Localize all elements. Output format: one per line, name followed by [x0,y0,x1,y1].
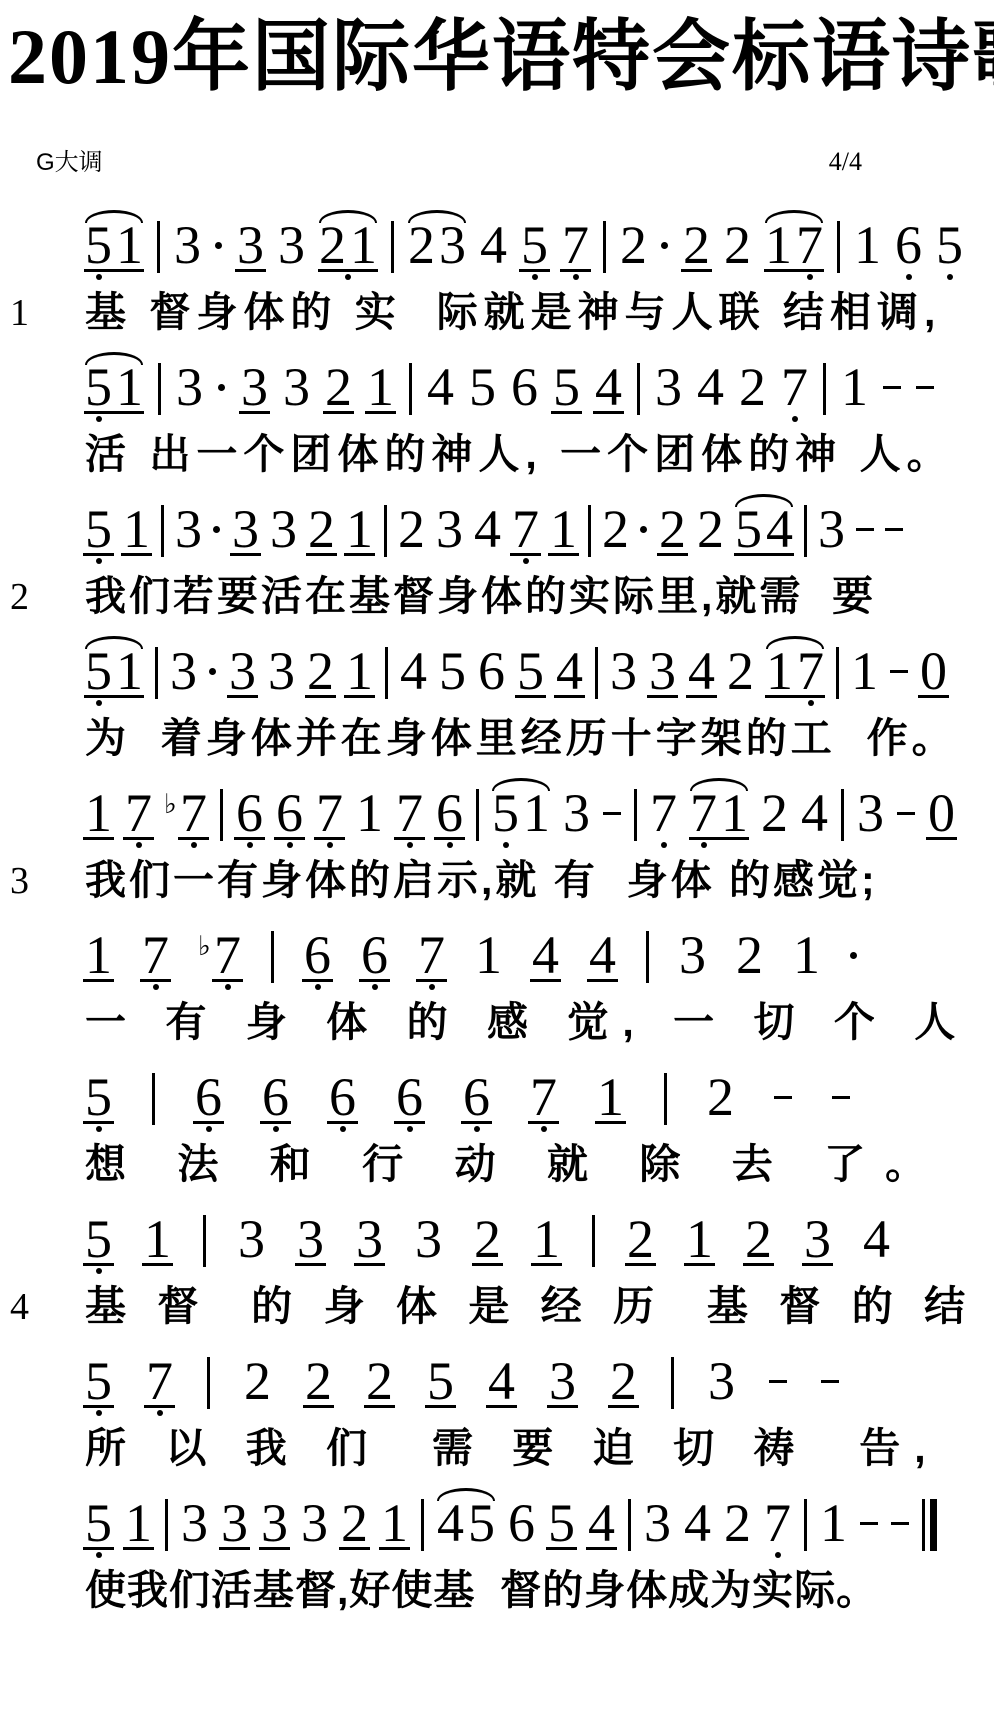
note-number: 0 [920,651,947,691]
note: 1 [367,367,394,407]
lyric-line-2: 活 出一个团体的神人, 一个团体的神 人。 [0,425,994,485]
note-number: 6 [262,1077,289,1117]
note-number: 1 [367,367,394,407]
note: 3 [610,651,637,691]
note: 3 [857,793,884,833]
note-number: 3 [644,1503,671,1543]
note: 3 [238,1219,265,1259]
eighth-underline [219,1547,250,1550]
note: 2 [474,1219,501,1259]
lyric-line-5: 3我们一有身体的启示,就 有 身体 的感觉; [0,851,994,911]
note: 1 [766,651,793,691]
low-octave-dot [157,1410,163,1416]
note-number: 3 [170,651,197,691]
note-number: 2 [724,225,751,265]
note: 1 [597,1077,624,1117]
note-number: 3 [176,367,203,407]
low-octave-dot [96,1268,102,1274]
note: 1 [841,367,868,407]
note-number: 2 [745,1219,772,1259]
note-number: 2 [602,509,629,549]
barline [391,221,394,273]
note: 7 [125,793,152,833]
note: 6 [276,793,303,833]
note-number: 2 [761,793,788,833]
note-number: 5 [548,1503,575,1543]
note: 4 [697,367,724,407]
beam-underline [84,695,144,698]
hymn-sheet-page: 2019年国际华语特会标语诗歌 G大调 4/4 5133321234572221… [0,0,994,1713]
note: 7 [781,367,808,407]
note-number: 3 [181,1503,208,1543]
duration-dash [821,1361,839,1401]
note-number: 1 [346,651,373,691]
duration-dash [891,1503,909,1543]
eighth-underline [394,837,425,840]
low-octave-dot [247,842,253,848]
note: 4 [688,651,715,691]
eighth-underline [926,837,957,840]
note: 5 [492,793,519,833]
note-number: 1 [125,1503,152,1543]
eighth-underline [593,411,624,414]
barline [421,1499,424,1551]
eighth-underline [461,1121,492,1124]
note-number: 0 [928,793,955,833]
note-number: 7 [396,793,423,833]
eighth-underline [510,553,541,556]
low-octave-dot [807,274,813,280]
note: 5 [521,225,548,265]
eighth-underline [486,1405,517,1408]
note: 2 [307,651,334,691]
low-octave-dot [407,1126,413,1132]
note: 7 [797,651,824,691]
note-number: 4 [688,651,715,691]
note: 2 [244,1361,271,1401]
note: ♭7 [214,935,241,975]
note-number: 7 [214,935,241,975]
low-octave-dot [906,274,912,280]
note: 6 [463,1077,490,1117]
note: 2 [724,1503,751,1543]
note: 1 [125,1503,152,1543]
note: 3 [170,651,197,691]
note-number: 6 [508,1503,535,1543]
note: 6 [508,1503,535,1543]
note-number: 7 [650,793,677,833]
barline [841,789,844,841]
note: 5 [469,367,496,407]
note-number: 7 [418,935,445,975]
note-number: 1 [144,1219,171,1259]
note-number: 5 [468,1503,495,1543]
low-octave-dot [191,842,197,848]
note-number: 1 [851,651,878,691]
note-number: 5 [85,1219,112,1259]
note-number: 4 [488,1361,515,1401]
note-number: 4 [474,509,501,549]
eighth-underline [123,837,154,840]
low-octave-dot [808,700,814,706]
music-line-6: 17♭7667144321 [0,913,994,993]
eighth-underline [140,979,171,982]
duration-dash [883,367,901,407]
note: 6 [511,367,538,407]
low-octave-dot [96,1126,102,1132]
eighth-underline [235,269,266,272]
eighth-underline [123,1547,154,1550]
score: 513332123457222171651基 督身体的 实 际就是神与人联 结相… [0,177,994,1621]
note-number: 2 [620,225,647,265]
note: 3 [644,1503,671,1543]
note: 4 [863,1219,890,1259]
note-number: 5 [553,367,580,407]
eighth-underline [274,837,305,840]
eighth-underline [379,1547,410,1550]
note-number: 2 [244,1361,271,1401]
duration-dash [603,793,621,833]
eighth-underline [684,1263,715,1266]
note-number: 6 [361,935,388,975]
low-octave-dot [136,842,142,848]
note-number: 5 [85,651,112,691]
note-number: 2 [739,367,766,407]
eighth-underline [178,837,209,840]
lyric-text: 为 着身体并在身体里经历十字架的工 作。 [85,718,957,759]
verse-number: 4 [10,1285,29,1329]
note-number: 4 [684,1503,711,1543]
note: 7 [796,225,823,265]
note-number: 7 [180,793,207,833]
augmentation-dot [215,225,223,265]
note-number: 4 [400,651,427,691]
note: 2 [697,509,724,549]
barline [603,221,606,273]
slur-group: 71 [690,793,748,833]
barline [157,221,160,273]
low-octave-dot [96,558,102,564]
note: 5 [85,367,112,407]
verse-number: 3 [10,859,29,903]
note: 3 [229,651,256,691]
note-number: 1 [116,367,143,407]
eighth-underline [144,1405,175,1408]
note-number: 1 [356,793,383,833]
slur-group: 54 [735,509,793,549]
note: 1 [820,1503,847,1543]
note: 3 [175,509,202,549]
eighth-underline [339,1547,370,1550]
note-number: 5 [521,225,548,265]
note: 3 [268,651,295,691]
note-number: 4 [697,367,724,407]
eighth-underline [354,1263,385,1266]
beam-underline [734,553,794,556]
note-number: 3 [270,509,297,549]
note-number: 2 [305,1361,332,1401]
page-title: 2019年国际华语特会标语诗歌 [0,12,994,102]
lyric-text: 所 以 我 们 需 要 迫 切 祷 告, [85,1428,940,1469]
eighth-underline [239,411,270,414]
note: 5 [85,509,112,549]
note-number: 7 [764,1503,791,1543]
note: 5 [548,1503,575,1543]
eighth-underline [554,695,585,698]
note: 4 [589,935,616,975]
note: 5 [85,1361,112,1401]
eighth-underline [548,553,579,556]
note: 4 [488,1361,515,1401]
note: 7 [396,793,423,833]
slur-group: 45 [437,1503,495,1543]
note: 2 [305,1361,332,1401]
note-number: 3 [278,225,305,265]
eighth-underline [560,269,591,272]
note-number: 3 [610,651,637,691]
low-octave-dot [407,842,413,848]
note: 6 [361,935,388,975]
eighth-underline [344,553,375,556]
music-line-4: 51333214565433421710 [0,629,994,709]
lyric-text: 想 法 和 行 动 就 除 去 了。 [85,1144,946,1185]
duration-dash [832,1077,850,1117]
low-octave-dot [225,984,231,990]
duration-dash [774,1077,792,1117]
note-number: 5 [85,1503,112,1543]
barline [804,505,807,557]
note: 3 [679,935,706,975]
beam-underline [689,837,749,840]
low-octave-dot [345,274,351,280]
barline [634,789,637,841]
note: 6 [236,793,263,833]
lyric-text: 我们若要活在基督身体的实际里,就需 要 [85,576,876,617]
note-number: 1 [820,1503,847,1543]
eighth-underline [302,979,333,982]
barline [158,363,161,415]
note-number: 1 [116,225,143,265]
note-number: 5 [735,509,762,549]
note: 1 [550,509,577,549]
note-number: 4 [863,1219,890,1259]
note: 1 [144,1219,171,1259]
note: 6 [262,1077,289,1117]
note: 1 [116,367,143,407]
note-number: 3 [804,1219,831,1259]
note: 1 [123,509,150,549]
lyric-text: 我们一有身体的启示,就 有 身体 的感觉; [85,860,878,901]
eighth-underline [686,695,717,698]
eighth-underline [364,1405,395,1408]
note-number: 3 [415,1219,442,1259]
note: 3 [708,1361,735,1401]
note-number: 2 [341,1503,368,1543]
note-number: 3 [232,509,259,549]
note-number: 7 [142,935,169,975]
note-number: 7 [781,367,808,407]
eighth-underline [802,1263,833,1266]
eighth-underline [681,269,712,272]
eighth-underline [327,1121,358,1124]
note-number: 6 [304,935,331,975]
note-number: 2 [736,935,763,975]
note: 3 [181,1503,208,1543]
note-number: 1 [550,509,577,549]
note-number: 2 [724,1503,751,1543]
note-number: 2 [307,651,334,691]
note: 5 [85,651,112,691]
augmentation-dot [218,367,226,407]
note: 2 [610,1361,637,1401]
eighth-underline [551,411,582,414]
eighth-underline [314,837,345,840]
note: 2 [408,225,435,265]
note-number: 7 [562,225,589,265]
note: 6 [329,1077,356,1117]
note-number: 1 [123,509,150,549]
low-octave-dot [287,842,293,848]
lyric-text: 一 有 身 体 的 感 觉, 一 切 个 人 的 [85,1002,994,1043]
slur-group: 51 [85,225,143,265]
note: 3 [818,509,845,549]
note: 2 [319,225,346,265]
note: 5 [439,651,466,691]
eighth-underline [365,411,396,414]
eighth-underline [83,837,114,840]
eighth-underline [472,1263,503,1266]
note: 3 [549,1361,576,1401]
note-number: 2 [308,509,335,549]
note: 2 [325,367,352,407]
note: 5 [735,509,762,549]
barline [588,505,591,557]
note: 1 [116,651,143,691]
note-number: 3 [221,1503,248,1543]
note-number: 2 [659,509,686,549]
eighth-underline [227,695,258,698]
eighth-underline [83,1263,114,1266]
note: 2 [659,509,686,549]
note: 4 [474,509,501,549]
barline [671,1357,674,1409]
note: 2 [341,1503,368,1543]
note-number: 3 [268,651,295,691]
note: 3 [649,651,676,691]
note-number: 6 [463,1077,490,1117]
note: 4 [766,509,793,549]
barline [476,789,479,841]
note-number: 7 [316,793,343,833]
note: 3 [301,1503,328,1543]
note-number: 6 [511,367,538,407]
slur-group: 17 [765,225,823,265]
note-number: 7 [512,509,539,549]
note: 1 [346,509,373,549]
eighth-underline [657,553,688,556]
note-number: 2 [707,1077,734,1117]
note-number: 7 [797,651,824,691]
note-number: 4 [588,1503,615,1543]
augmentation-dot [640,509,648,549]
note: 3 [278,225,305,265]
note-number: 3 [563,793,590,833]
note-number: 3 [655,367,682,407]
note-number: 4 [437,1503,464,1543]
note: 5 [85,1503,112,1543]
note: 0 [920,651,947,691]
note-number: 6 [895,225,922,265]
note: 4 [400,651,427,691]
note-number: 1 [766,651,793,691]
eighth-underline [83,1121,114,1124]
note: 7 [764,1503,791,1543]
eighth-underline [531,1263,562,1266]
note: 4 [588,1503,615,1543]
beam-underline [318,269,378,272]
duration-dash [860,1503,878,1543]
note-number: 1 [854,225,881,265]
note: 2 [724,225,751,265]
duration-dash [856,509,874,549]
note: 5 [85,1219,112,1259]
eighth-underline [434,837,465,840]
note: 2 [366,1361,393,1401]
eighth-underline [323,411,354,414]
note-number: 5 [427,1361,454,1401]
low-octave-dot [315,984,321,990]
low-octave-dot [947,274,953,280]
flat-icon: ♭ [198,933,211,960]
eighth-underline [918,695,949,698]
note: 1 [765,225,792,265]
note-number: 2 [610,1361,637,1401]
note-number: 6 [436,793,463,833]
note: 3 [297,1219,324,1259]
note-number: 7 [690,793,717,833]
note: 5 [427,1361,454,1401]
low-octave-dot [96,700,102,706]
note-number: 3 [649,651,676,691]
note: 3 [436,509,463,549]
note-number: 6 [478,651,505,691]
note-number: 3 [261,1503,288,1543]
lyric-text: 活 出一个团体的神人, 一个团体的神 人。 [85,434,954,475]
note-number: 5 [492,793,519,833]
eighth-underline [625,1263,656,1266]
note-number: 2 [408,225,435,265]
note: 3 [655,367,682,407]
note-number: 3 [174,225,201,265]
note-number: 3 [297,1219,324,1259]
note-number: 3 [439,225,466,265]
note-number: 1 [841,367,868,407]
time-signature: 4/4 [829,147,862,177]
eighth-underline [193,1121,224,1124]
music-line-3: 513332123471222543 [0,487,994,567]
note-number: 5 [517,651,544,691]
note-number: 3 [436,509,463,549]
note: 7 [316,793,343,833]
barline [595,647,598,699]
note: 2 [620,225,647,265]
eighth-underline [306,553,337,556]
note-number: 3 [818,509,845,549]
note: 7 [690,793,717,833]
eighth-underline [546,1547,577,1550]
low-octave-dot [503,842,509,848]
eighth-underline [530,979,561,982]
